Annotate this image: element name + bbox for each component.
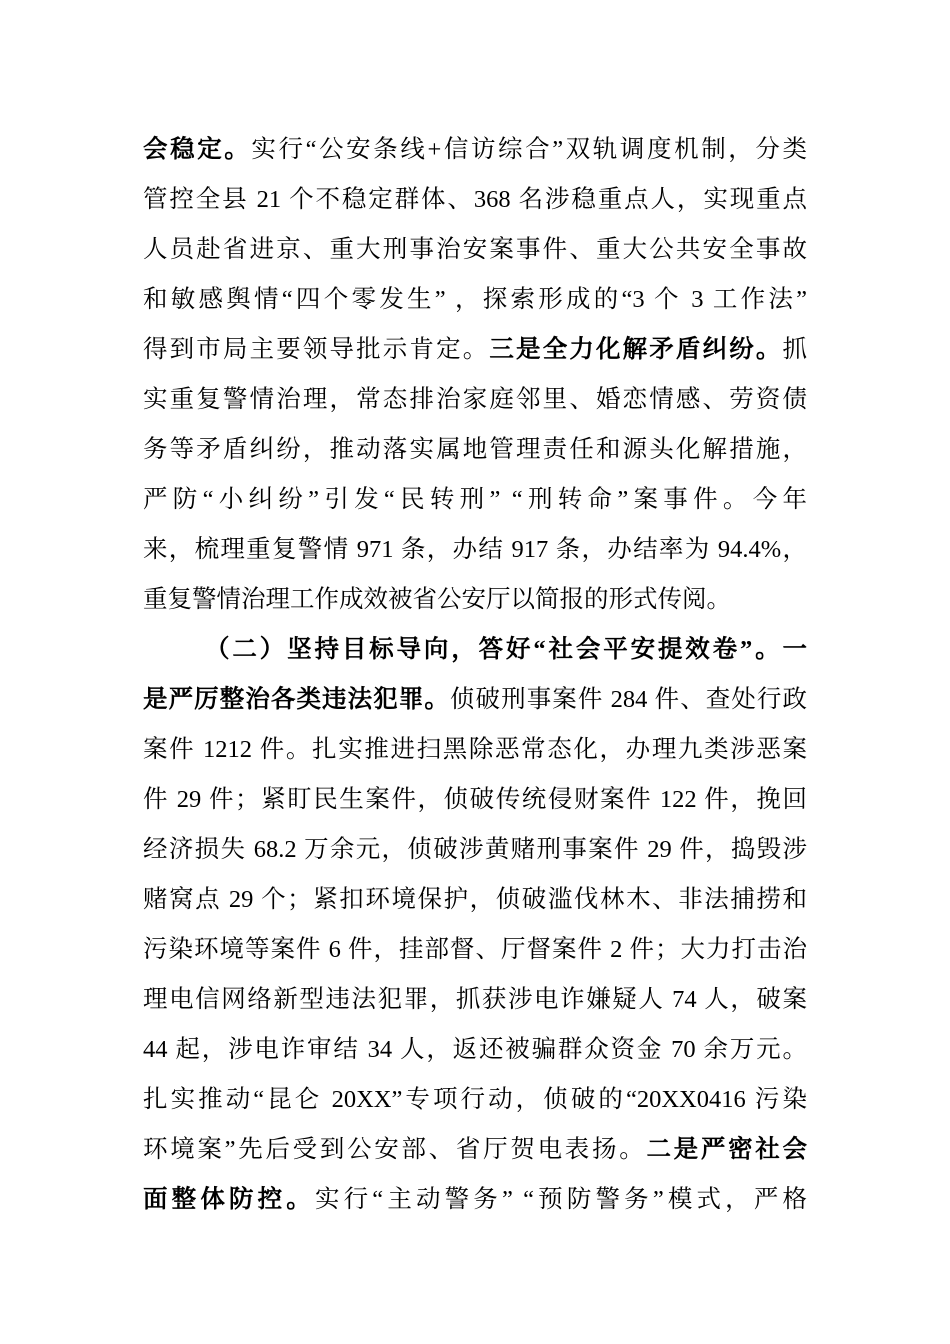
text-run: 赌窝点 29 个；紧扣环境保护，侦破滥伐林木、非法捕捞和 — [143, 886, 807, 913]
text-run: 务等矛盾纠纷，推动落实属地管理责任和源头化解措施， — [143, 436, 807, 463]
text-line: 重复警情治理工作成效被省公安厅以简报的形式传阅。 — [143, 575, 807, 625]
text-line: 扎实推动“昆仑 20XX”专项行动，侦破的“20XX0416 污染 — [143, 1075, 807, 1125]
text-run: 污染环境等案件 6 件，挂部督、厅督案件 2 件；大力打击治 — [143, 936, 807, 963]
text-run: 人员赴省进京、重大刑事治安案事件、重大公共安全事故 — [143, 236, 807, 263]
text-line: 务等矛盾纠纷，推动落实属地管理责任和源头化解措施， — [143, 425, 807, 475]
text-run: 实重复警情治理，常态排治家庭邻里、婚恋情感、劳资债 — [143, 386, 807, 413]
text-line: 理电信网络新型违法犯罪，抓获涉电诈嫌疑人 74 人，破案 — [143, 975, 807, 1025]
text-run: 抓 — [783, 336, 808, 363]
text-line: 件 29 件；紧盯民生案件，侦破传统侵财案件 122 件，挽回 — [143, 775, 807, 825]
text-run: 理电信网络新型违法犯罪，抓获涉电诈嫌疑人 74 人，破案 — [143, 986, 807, 1013]
text-line: 得到市局主要领导批示肯定。三是全力化解矛盾纠纷。抓 — [143, 325, 807, 375]
text-line: 44 起，涉电诈审结 34 人，返还被骗群众资金 70 余万元。 — [143, 1025, 807, 1075]
text-run: 得到市局主要领导批示肯定。 — [143, 336, 489, 363]
text-line: 人员赴省进京、重大刑事治安案事件、重大公共安全事故 — [143, 225, 807, 275]
text-line: 管控全县 21 个不稳定群体、368 名涉稳重点人，实现重点 — [143, 175, 807, 225]
text-line: 污染环境等案件 6 件，挂部督、厅督案件 2 件；大力打击治 — [143, 925, 807, 975]
text-line: 来，梳理重复警情 971 条，办结 917 条，办结率为 94.4%， — [143, 525, 807, 575]
text-line: 面整体防控。实行“主动警务” “预防警务”模式，严格 — [143, 1175, 807, 1225]
text-run: 案件 1212 件。扎实推进扫黑除恶常态化，办理九类涉恶案 — [143, 736, 807, 763]
text-run: 和敏感舆情“四个零发生” ，探索形成的“3 个 3 工作法” — [143, 286, 807, 313]
text-run: 来，梳理重复警情 971 条，办结 917 条，办结率为 94.4%， — [143, 536, 807, 563]
text-line: 严防“小纠纷”引发“民转刑” “刑转命”案事件。今年 — [143, 475, 807, 525]
document-text-block: 会稳定。实行“公安条线+信访综合”双轨调度机制，分类管控全县 21 个不稳定群体… — [143, 125, 807, 1225]
text-line: 是严厉整治各类违法犯罪。侦破刑事案件 284 件、查处行政 — [143, 675, 807, 725]
text-run: 扎实推动“昆仑 20XX”专项行动，侦破的“20XX0416 污染 — [143, 1086, 807, 1113]
text-line: 案件 1212 件。扎实推进扫黑除恶常态化，办理九类涉恶案 — [143, 725, 807, 775]
text-run: 经济损失 68.2 万余元，侦破涉黄赌刑事案件 29 件，捣毁涉 — [143, 836, 807, 863]
text-line: 环境案”先后受到公安部、省厅贺电表扬。二是严密社会 — [143, 1125, 807, 1175]
text-run: 件 29 件；紧盯民生案件，侦破传统侵财案件 122 件，挽回 — [143, 786, 807, 813]
text-line: 会稳定。实行“公安条线+信访综合”双轨调度机制，分类 — [143, 125, 807, 175]
text-line: （二）坚持目标导向，答好“社会平安提效卷”。一 — [143, 625, 807, 675]
text-run: 管控全县 21 个不稳定群体、368 名涉稳重点人，实现重点 — [143, 186, 807, 213]
text-run: 实行“主动警务” “预防警务”模式，严格 — [315, 1186, 807, 1213]
text-line: 赌窝点 29 个；紧扣环境保护，侦破滥伐林木、非法捕捞和 — [143, 875, 807, 925]
bold-text-run: 面整体防控。 — [143, 1186, 315, 1213]
text-run: 侦破刑事案件 284 件、查处行政 — [450, 686, 807, 713]
bold-text-run: 三是全力化解矛盾纠纷。 — [489, 336, 782, 363]
bold-text-run: 会稳定。 — [143, 136, 251, 163]
text-run: 环境案”先后受到公安部、省厅贺电表扬。 — [143, 1136, 646, 1163]
text-run: 实行“公安条线+信访综合”双轨调度机制，分类 — [251, 136, 807, 163]
text-run: 44 起，涉电诈审结 34 人，返还被骗群众资金 70 余万元。 — [143, 1036, 807, 1063]
bold-text-run: 二是严密社会 — [646, 1136, 807, 1163]
text-line: 经济损失 68.2 万余元，侦破涉黄赌刑事案件 29 件，捣毁涉 — [143, 825, 807, 875]
text-run: 重复警情治理工作成效被省公安厅以简报的形式传阅。 — [143, 586, 731, 613]
text-run: 严防“小纠纷”引发“民转刑” “刑转命”案事件。今年 — [143, 486, 807, 513]
text-line: 实重复警情治理，常态排治家庭邻里、婚恋情感、劳资债 — [143, 375, 807, 425]
document-page: 会稳定。实行“公安条线+信访综合”双轨调度机制，分类管控全县 21 个不稳定群体… — [0, 0, 950, 1344]
bold-text-run: 是严厉整治各类违法犯罪。 — [143, 686, 450, 713]
bold-text-run: （二）坚持目标导向，答好“社会平安提效卷”。一 — [205, 636, 807, 663]
text-line: 和敏感舆情“四个零发生” ，探索形成的“3 个 3 工作法” — [143, 275, 807, 325]
